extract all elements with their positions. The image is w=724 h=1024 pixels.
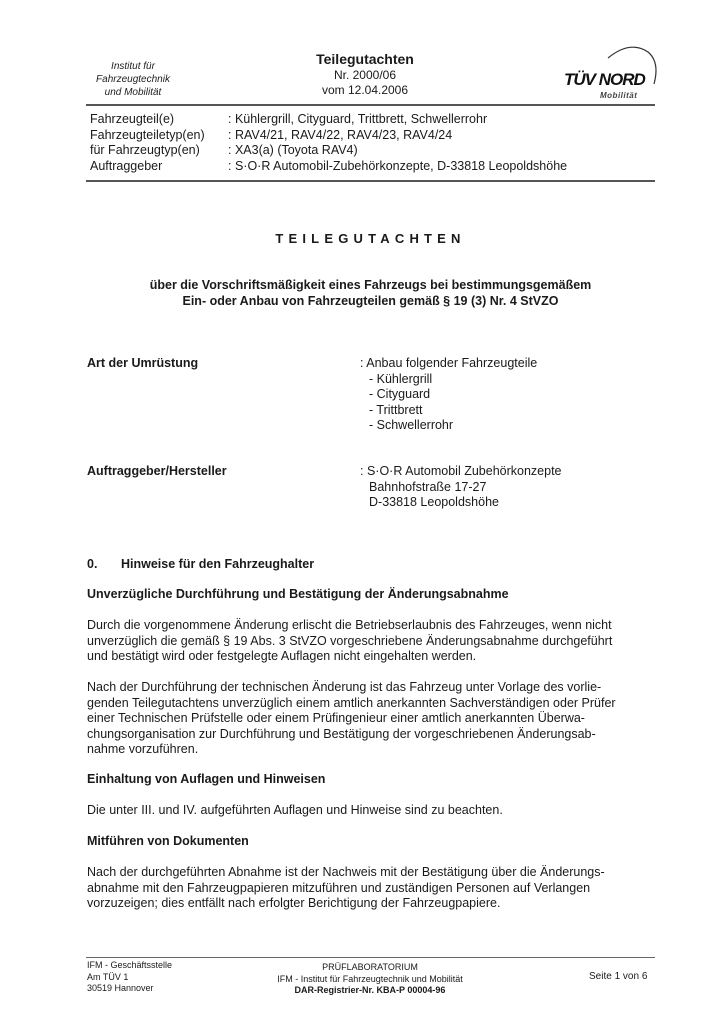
paragraph-line: Durch die vorgenommene Änderung erlischt… xyxy=(87,618,657,634)
meta-value: : Kühlergrill, Cityguard, Trittbrett, Sc… xyxy=(228,112,487,128)
document-title: TEILEGUTACHTEN xyxy=(86,231,655,246)
value-line: : Anbau folgender Fahrzeugteile xyxy=(360,356,537,372)
meta-label: für Fahrzeugtyp(en) xyxy=(90,143,228,159)
paragraph-line: chungsorganisation zur Durchführung und … xyxy=(87,727,657,743)
subtitle-line: Ein- oder Anbau von Fahrzeugteilen gemäß… xyxy=(86,294,655,310)
header-number: Nr. 2000/06 xyxy=(290,68,440,83)
meta-table: Fahrzeugteil(e) : Kühlergrill, Cityguard… xyxy=(90,112,567,174)
paragraph-line: abnahme mit den Fahrzeugpapieren mitzufü… xyxy=(87,881,657,897)
tuev-nord-logo: TÜV NORD Mobilität xyxy=(560,44,660,102)
subtitle-line: über die Vorschriftsmäßigkeit eines Fahr… xyxy=(86,278,655,294)
meta-divider xyxy=(86,180,655,182)
meta-label: Fahrzeugteiletyp(en) xyxy=(90,128,228,144)
value-line: : S·O·R Automobil Zubehörkonzepte xyxy=(360,464,562,480)
section-number: 0. xyxy=(87,557,121,573)
value-line: - Schwellerrohr xyxy=(360,418,537,434)
header-divider xyxy=(86,104,655,106)
meta-row: Fahrzeugteiletyp(en) : RAV4/21, RAV4/22,… xyxy=(90,128,567,144)
footer-line: IFM - Geschäftsstelle xyxy=(87,960,172,972)
paragraph-line: Nach der Durchführung der technischen Än… xyxy=(87,680,657,696)
meta-label: Fahrzeugteil(e) xyxy=(90,112,228,128)
meta-row: Fahrzeugteil(e) : Kühlergrill, Cityguard… xyxy=(90,112,567,128)
footer-registration: DAR-Registrier-Nr. KBA-P 00004-96 xyxy=(250,985,490,997)
umruestung-field: Art der Umrüstung : Anbau folgender Fahr… xyxy=(87,356,537,434)
paragraph-line: Nach der durchgeführten Abnahme ist der … xyxy=(87,865,657,881)
footer-divider xyxy=(86,957,655,958)
footer-lab-info: PRÜFLABORATORIUM IFM - Institut für Fahr… xyxy=(250,962,490,997)
document-header: Teilegutachten Nr. 2000/06 vom 12.04.200… xyxy=(290,51,440,98)
footer-address: IFM - Geschäftsstelle Am TÜV 1 30519 Han… xyxy=(87,960,172,995)
document-subtitle: über die Vorschriftsmäßigkeit eines Fahr… xyxy=(86,278,655,309)
paragraph: Die unter III. und IV. aufgeführten Aufl… xyxy=(87,803,657,819)
section-title: Hinweise für den Fahrzeughalter xyxy=(121,557,314,571)
meta-row: Auftraggeber : S·O·R Automobil-Zubehörko… xyxy=(90,159,567,175)
subheading: Unverzügliche Durchführung und Bestätigu… xyxy=(87,587,509,603)
header-title: Teilegutachten xyxy=(290,51,440,68)
institute-name: Institut für Fahrzeugtechnik und Mobilit… xyxy=(78,60,188,99)
field-label: Auftraggeber/Hersteller xyxy=(87,464,360,511)
paragraph-line: einer Technischen Prüfstelle oder einem … xyxy=(87,711,657,727)
meta-value: : RAV4/21, RAV4/22, RAV4/23, RAV4/24 xyxy=(228,128,452,144)
value-line: - Cityguard xyxy=(360,387,537,403)
paragraph-line: Die unter III. und IV. aufgeführten Aufl… xyxy=(87,803,657,819)
paragraph-line: genden Teilegutachtens unverzüglich eine… xyxy=(87,696,657,712)
paragraph-line: vorzuzeigen; dies entfällt nach erfolgte… xyxy=(87,896,657,912)
institute-line: Institut für xyxy=(78,60,188,73)
hersteller-field: Auftraggeber/Hersteller : S·O·R Automobi… xyxy=(87,464,562,511)
value-line: - Kühlergrill xyxy=(360,372,537,388)
subheading: Mitführen von Dokumenten xyxy=(87,834,249,850)
page-number: Seite 1 von 6 xyxy=(589,971,647,982)
paragraph: Nach der Durchführung der technischen Än… xyxy=(87,680,657,758)
subheading: Einhaltung von Auflagen und Hinweisen xyxy=(87,772,325,788)
footer-line: Am TÜV 1 xyxy=(87,972,172,984)
meta-row: für Fahrzeugtyp(en) : XA3(a) (Toyota RAV… xyxy=(90,143,567,159)
header-date: vom 12.04.2006 xyxy=(290,83,440,98)
paragraph-line: nahme vorzuführen. xyxy=(87,742,657,758)
logo-subtext: Mobilität xyxy=(600,91,637,100)
logo-text: TÜV NORD xyxy=(564,70,645,90)
value-line: - Trittbrett xyxy=(360,403,537,419)
footer-line: IFM - Institut für Fahrzeugtechnik und M… xyxy=(250,974,490,986)
field-value: : Anbau folgender Fahrzeugteile - Kühler… xyxy=(360,356,537,434)
paragraph-line: unverzüglich die gemäß § 19 Abs. 3 StVZO… xyxy=(87,634,657,650)
footer-line: PRÜFLABORATORIUM xyxy=(250,962,490,974)
footer-line: 30519 Hannover xyxy=(87,983,172,995)
value-line: D-33818 Leopoldshöhe xyxy=(360,495,562,511)
meta-value: : S·O·R Automobil-Zubehörkonzepte, D-338… xyxy=(228,159,567,175)
meta-label: Auftraggeber xyxy=(90,159,228,175)
section-0-heading: 0.Hinweise für den Fahrzeughalter xyxy=(87,557,314,573)
institute-line: Fahrzeugtechnik xyxy=(78,73,188,86)
value-line: Bahnhofstraße 17-27 xyxy=(360,480,562,496)
paragraph-line: und bestätigt wird oder festgelegte Aufl… xyxy=(87,649,657,665)
paragraph: Nach der durchgeführten Abnahme ist der … xyxy=(87,865,657,912)
meta-value: : XA3(a) (Toyota RAV4) xyxy=(228,143,358,159)
field-label: Art der Umrüstung xyxy=(87,356,360,434)
paragraph: Durch die vorgenommene Änderung erlischt… xyxy=(87,618,657,665)
institute-line: und Mobilität xyxy=(78,86,188,99)
field-value: : S·O·R Automobil Zubehörkonzepte Bahnho… xyxy=(360,464,562,511)
